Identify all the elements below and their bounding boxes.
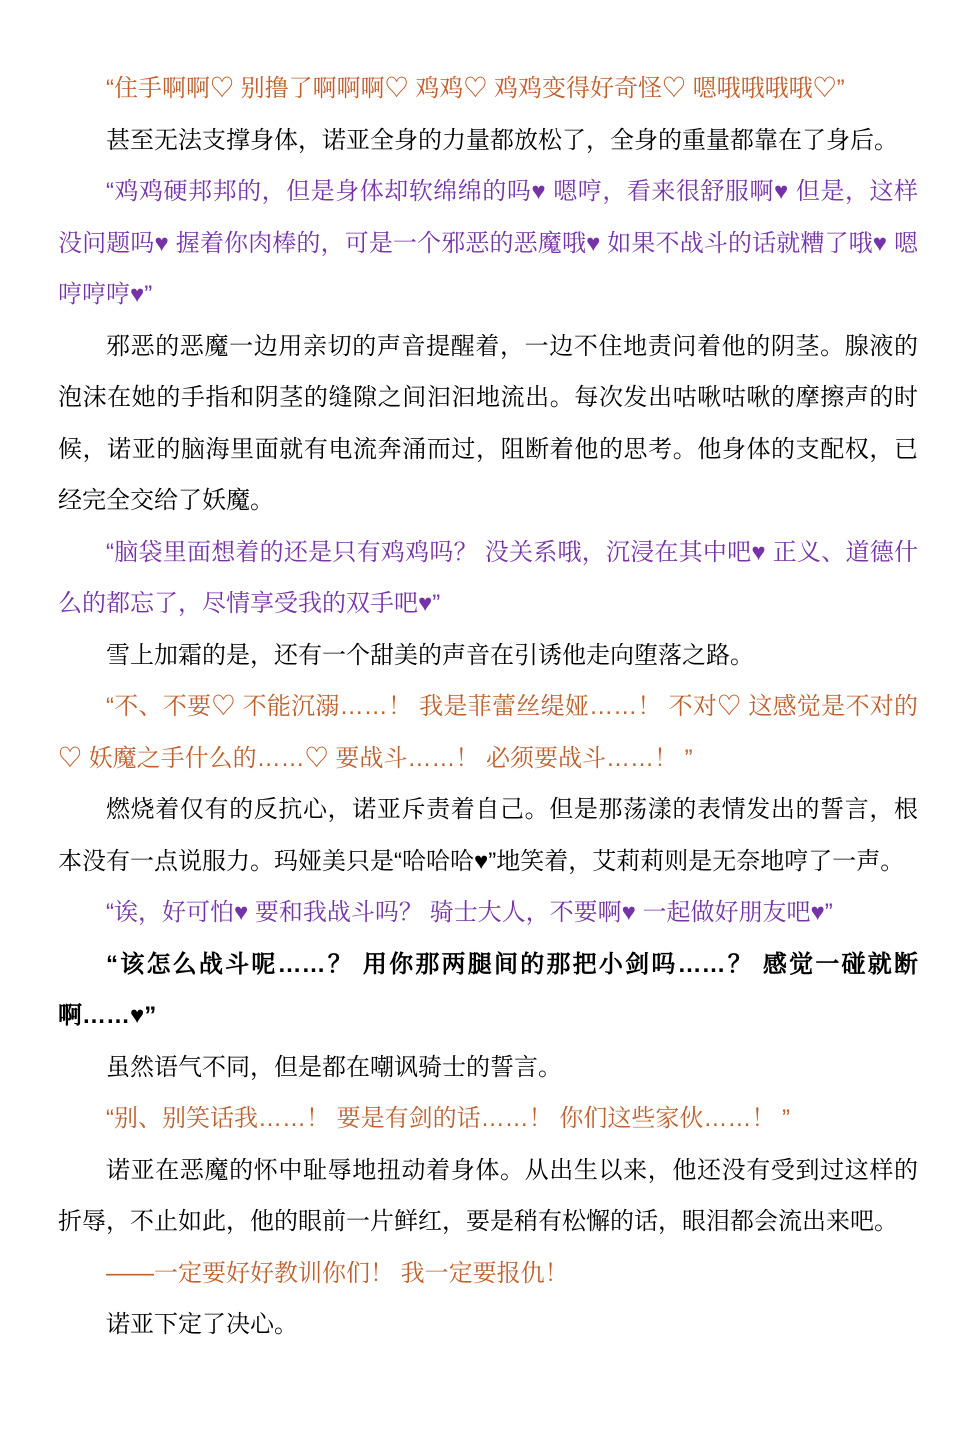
dialogue-paragraph-purple-1: “鸡鸡硬邦邦的，但是身体却软绵绵的吗♥ 嗯哼，看来很舒服啊♥ 但是，这样没问题吗… <box>58 166 918 321</box>
novel-text-page: “住手啊啊♡ 别撸了啊啊啊♡ 鸡鸡♡ 鸡鸡变得好奇怪♡ 嗯哦哦哦哦♡” 甚至无法… <box>0 0 980 1431</box>
dialogue-paragraph-purple-3: “诶，好可怕♥ 要和我战斗吗？ 骑士大人，不要啊♥ 一起做好朋友吧♥” <box>58 887 918 939</box>
narration-paragraph-1: 甚至无法支撑身体，诺亚全身的力量都放松了，全身的重量都靠在了身后。 <box>58 115 918 167</box>
narration-paragraph-2: 邪恶的恶魔一边用亲切的声音提醒着，一边不住地责问着他的阴茎。腺液的泡沫在她的手指… <box>58 321 918 527</box>
narration-paragraph-5: 虽然语气不同，但是都在嘲讽骑士的誓言。 <box>58 1042 918 1094</box>
dialogue-paragraph-orange-3: “别、别笑话我……！ 要是有剑的话……！ 你们这些家伙……！ ” <box>58 1093 918 1145</box>
narration-paragraph-7: 诺亚下定了决心。 <box>58 1299 918 1351</box>
dialogue-paragraph-purple-2: “脑袋里面想着的还是只有鸡鸡吗？ 没关系哦，沉浸在其中吧♥ 正义、道德什么的都忘… <box>58 527 918 630</box>
inner-thought-paragraph: ——一定要好好教训你们！ 我一定要报仇！ <box>58 1248 918 1300</box>
dialogue-paragraph-bold-1: “该怎么战斗呢……？ 用你那两腿间的那把小剑吗……？ 感觉一碰就断啊……♥” <box>58 939 918 1042</box>
dialogue-paragraph-orange-1: “住手啊啊♡ 别撸了啊啊啊♡ 鸡鸡♡ 鸡鸡变得好奇怪♡ 嗯哦哦哦哦♡” <box>58 63 918 115</box>
narration-paragraph-4: 燃烧着仅有的反抗心，诺亚斥责着自己。但是那荡漾的表情发出的誓言，根本没有一点说服… <box>58 784 918 887</box>
narration-paragraph-6: 诺亚在恶魔的怀中耻辱地扭动着身体。从出生以来，他还没有受到过这样的折辱，不止如此… <box>58 1145 918 1248</box>
dialogue-paragraph-orange-2: “不、不要♡ 不能沉溺……！ 我是菲蕾丝缇娅……！ 不对♡ 这感觉是不对的♡ 妖… <box>58 681 918 784</box>
narration-paragraph-3: 雪上加霜的是，还有一个甜美的声音在引诱他走向堕落之路。 <box>58 630 918 682</box>
